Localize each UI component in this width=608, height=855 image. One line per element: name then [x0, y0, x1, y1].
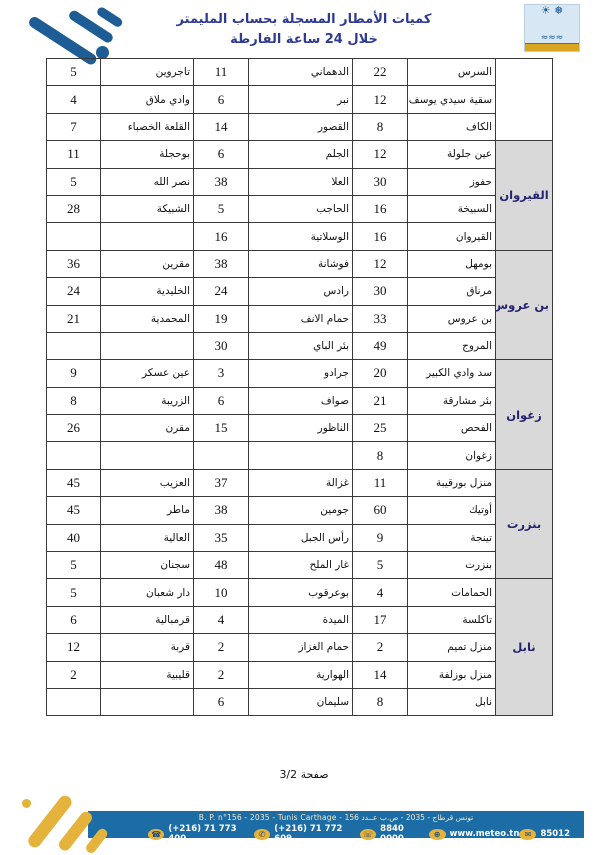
station-name-cell	[101, 332, 194, 359]
station-name-cell: فوشانة	[249, 250, 353, 277]
table-row: تينجة9رأس الجبل35العالية40	[47, 524, 553, 551]
station-name-cell: الناظور	[249, 415, 353, 442]
station-name-cell: الحاجب	[249, 195, 353, 222]
table-row: سقية سيدي يوسف12نبر6وادي ملاق4	[47, 86, 553, 113]
rainfall-value-cell: 16	[353, 223, 408, 250]
rainfall-value-cell: 21	[353, 387, 408, 414]
rainfall-value-cell: 38	[194, 250, 249, 277]
rainfall-value-cell: 9	[47, 360, 101, 387]
governorate-cell: بن عروس	[496, 250, 553, 360]
station-name-cell: قرمبالية	[101, 606, 194, 633]
rainfall-value-cell: 17	[353, 606, 408, 633]
rain-streaks-logo	[18, 2, 133, 60]
station-name-cell: جرادو	[249, 360, 353, 387]
station-name-cell: حمام الانف	[249, 305, 353, 332]
rainfall-value-cell	[47, 442, 101, 469]
rainfall-value-cell: 16	[353, 195, 408, 222]
website-contact[interactable]: ⊕ www.meteo.tn	[429, 829, 520, 840]
rainfall-value-cell: 6	[194, 86, 249, 113]
mobile-icon: ☏	[360, 829, 376, 840]
rainfall-value-cell: 6	[47, 606, 101, 633]
station-name-cell: رأس الجبل	[249, 524, 353, 551]
station-name-cell: عين عسكر	[101, 360, 194, 387]
station-name-cell: حمام الغزاز	[249, 634, 353, 661]
station-name-cell	[249, 442, 353, 469]
table-row: أوتيك60جومين38ماطر45	[47, 497, 553, 524]
rainfall-value-cell: 8	[353, 113, 408, 140]
rainfall-value-cell: 36	[47, 250, 101, 277]
rainfall-value-cell: 4	[353, 579, 408, 606]
rainfall-value-cell: 12	[353, 86, 408, 113]
table-row: حفوز30العلا38نصر الله5	[47, 168, 553, 195]
table-row: الكاف8القصور14القلعة الخصباء7	[47, 113, 553, 140]
table-row: بن عروس33حمام الانف19المحمدية21	[47, 305, 553, 332]
rainfall-value-cell: 24	[47, 278, 101, 305]
rainfall-value-cell: 11	[194, 59, 249, 86]
station-name-cell: سقية سيدي يوسف	[408, 86, 496, 113]
station-name-cell: بئر مشارقة	[408, 387, 496, 414]
rainfall-value-cell: 35	[194, 524, 249, 551]
logo-dot	[22, 799, 31, 808]
rainfall-value-cell: 12	[47, 634, 101, 661]
rainfall-value-cell: 26	[47, 415, 101, 442]
rainfall-value-cell: 10	[194, 579, 249, 606]
rainfall-value-cell: 60	[353, 497, 408, 524]
table-row: الفحص25الناظور15مقرن26	[47, 415, 553, 442]
table-row: السرس22الدهماني11تاجروين5	[47, 59, 553, 86]
rainfall-value-cell: 30	[353, 168, 408, 195]
rainfall-value-cell: 49	[353, 332, 408, 359]
fax-contact: ✆ (+216) 71 772 609	[254, 824, 360, 844]
station-name-cell: منزل تميم	[408, 634, 496, 661]
logo-stripe	[84, 827, 109, 855]
rainfall-value-cell: 28	[47, 195, 101, 222]
station-name-cell: الجلم	[249, 141, 353, 168]
station-name-cell: بن عروس	[408, 305, 496, 332]
rainfall-value-cell: 38	[194, 168, 249, 195]
fax-number: (+216) 71 772 609	[274, 824, 360, 844]
table-row: منزل تميم2حمام الغزاز2قربة12	[47, 634, 553, 661]
rainfall-value-cell: 5	[194, 195, 249, 222]
governorate-cell: زغوان	[496, 360, 553, 470]
station-name-cell	[101, 688, 194, 715]
mobile-number: 8840 0000	[380, 824, 428, 844]
station-name-cell: مقرن	[101, 415, 194, 442]
rainfall-value-cell: 20	[353, 360, 408, 387]
mail-icon: ✉	[519, 829, 536, 840]
rainfall-value-cell	[47, 688, 101, 715]
rainfall-value-cell: 2	[194, 634, 249, 661]
rainfall-value-cell: 11	[47, 141, 101, 168]
rainfall-value-cell: 3	[194, 360, 249, 387]
station-name-cell: قربة	[101, 634, 194, 661]
station-name-cell: الوسلاتية	[249, 223, 353, 250]
station-name-cell: بنزرت	[408, 552, 496, 579]
station-name-cell: العالية	[101, 524, 194, 551]
phone-number: (+216) 71 773 400	[168, 824, 254, 844]
station-name-cell: بومهل	[408, 250, 496, 277]
rainfall-value-cell: 2	[353, 634, 408, 661]
rainfall-value-cell: 8	[353, 688, 408, 715]
table-row: مرناق30رادس24الخليدية24	[47, 278, 553, 305]
rainfall-value-cell: 30	[194, 332, 249, 359]
station-name-cell: القيروان	[408, 223, 496, 250]
table-row: القيروان16الوسلاتية16	[47, 223, 553, 250]
station-name-cell: نبر	[249, 86, 353, 113]
station-name-cell: المحمدية	[101, 305, 194, 332]
table-row: بئر مشارقة21صواف6الزريبة8	[47, 387, 553, 414]
rainfall-value-cell: 6	[194, 141, 249, 168]
station-name-cell: نصر الله	[101, 168, 194, 195]
title-line-1: كميات الأمطار المسجلة بحساب المليمتر	[150, 10, 458, 30]
station-name-cell: دار شعبان	[101, 579, 194, 606]
station-name-cell: الخليدية	[101, 278, 194, 305]
rainfall-value-cell: 2	[194, 661, 249, 688]
fax-icon: ✆	[254, 829, 270, 840]
governorate-cell: القيروان	[496, 141, 553, 251]
station-name-cell: بوعرقوب	[249, 579, 353, 606]
footer-contacts: ☎ (+216) 71 773 400 ✆ (+216) 71 772 609 …	[88, 822, 584, 844]
rainfall-value-cell: 24	[194, 278, 249, 305]
phone-contact: ☎ (+216) 71 773 400	[148, 824, 254, 844]
station-name-cell: بئر الباي	[249, 332, 353, 359]
globe-icon: ⊕	[429, 829, 446, 840]
page-number: صفحة 3/2	[0, 768, 608, 781]
station-name-cell: نابل	[408, 688, 496, 715]
rainfall-value-cell: 45	[47, 497, 101, 524]
governorate-cell: بنزرت	[496, 469, 553, 579]
rainfall-value-cell: 38	[194, 497, 249, 524]
rainfall-value-cell: 6	[194, 688, 249, 715]
station-name-cell: تاجروين	[101, 59, 194, 86]
website-url: www.meteo.tn	[450, 829, 520, 839]
station-name-cell: الحمامات	[408, 579, 496, 606]
station-name-cell: صواف	[249, 387, 353, 414]
table-row: بنزرت5غار الملح48سجنان5	[47, 552, 553, 579]
rainfall-value-cell: 12	[353, 141, 408, 168]
station-name-cell: القلعة الخصباء	[101, 113, 194, 140]
station-name-cell: غزالة	[249, 469, 353, 496]
station-name-cell: غار الملح	[249, 552, 353, 579]
footer-address: B. P. n°156 - 2035 - Tunis Carthage - تو…	[88, 811, 584, 822]
rainfall-value-cell: 7	[47, 113, 101, 140]
table-row: زغوان8	[47, 442, 553, 469]
station-name-cell: الكاف	[408, 113, 496, 140]
station-name-cell: حفوز	[408, 168, 496, 195]
station-name-cell: زغوان	[408, 442, 496, 469]
rainfall-value-cell: 48	[194, 552, 249, 579]
station-name-cell: المروج	[408, 332, 496, 359]
station-name-cell: الدهماني	[249, 59, 353, 86]
station-name-cell: العلا	[249, 168, 353, 195]
rainfall-value-cell: 5	[47, 59, 101, 86]
station-name-cell: منزل بوزلفة	[408, 661, 496, 688]
governorate-cell: نابل	[496, 579, 553, 716]
postal-contact: ✉ 85012	[519, 829, 570, 840]
rainfall-value-cell: 16	[194, 223, 249, 250]
station-name-cell	[101, 223, 194, 250]
rainfall-value-cell: 11	[353, 469, 408, 496]
station-name-cell: السبيخة	[408, 195, 496, 222]
station-name-cell: القصور	[249, 113, 353, 140]
rain-table: السرس22الدهماني11تاجروين5سقية سيدي يوسف1…	[46, 58, 553, 716]
rainfall-value-cell	[47, 223, 101, 250]
table-row: القيروانعين جلولة12الجلم6بوحجلة11	[47, 141, 553, 168]
rainfall-value-cell: 8	[47, 387, 101, 414]
rainfall-value-cell: 14	[194, 113, 249, 140]
station-name-cell: العزيب	[101, 469, 194, 496]
rainfall-value-cell: 5	[47, 168, 101, 195]
rainfall-value-cell: 5	[353, 552, 408, 579]
rainfall-value-cell	[47, 332, 101, 359]
table-row: نابلالحمامات4بوعرقوب10دار شعبان5	[47, 579, 553, 606]
rainfall-table-wrap: السرس22الدهماني11تاجروين5سقية سيدي يوسف1…	[46, 58, 552, 716]
rainfall-value-cell: 19	[194, 305, 249, 332]
table-row: المروج49بئر الباي30	[47, 332, 553, 359]
station-name-cell: بوحجلة	[101, 141, 194, 168]
gold-streaks-logo	[14, 795, 124, 850]
rainfall-value-cell: 12	[353, 250, 408, 277]
phone-icon: ☎	[148, 829, 164, 840]
mobile-contact: ☏ 8840 0000	[360, 824, 429, 844]
station-name-cell: مرناق	[408, 278, 496, 305]
station-name-cell: أوتيك	[408, 497, 496, 524]
station-name-cell: مقرين	[101, 250, 194, 277]
station-name-cell: الفحص	[408, 415, 496, 442]
station-name-cell: وادي ملاق	[101, 86, 194, 113]
table-row: السبيخة16الحاجب5الشبيكة28	[47, 195, 553, 222]
rainfall-value-cell: 30	[353, 278, 408, 305]
rainfall-value-cell: 22	[353, 59, 408, 86]
table-row: بن عروسبومهل12فوشانة38مقرين36	[47, 250, 553, 277]
rainfall-value-cell: 21	[47, 305, 101, 332]
station-name-cell: الميدة	[249, 606, 353, 633]
rainfall-value-cell: 15	[194, 415, 249, 442]
rainfall-value-cell: 14	[353, 661, 408, 688]
rainfall-value-cell	[194, 442, 249, 469]
station-name-cell: الشبيكة	[101, 195, 194, 222]
rainfall-value-cell: 37	[194, 469, 249, 496]
postal-code: 85012	[540, 829, 570, 839]
table-row: بنزرتمنزل بورقيبة11غزالة37العزيب45	[47, 469, 553, 496]
station-name-cell: سد وادي الكبير	[408, 360, 496, 387]
station-name-cell: عين جلولة	[408, 141, 496, 168]
gold-band	[525, 43, 579, 51]
page-title: كميات الأمطار المسجلة بحساب المليمتر خلا…	[150, 10, 458, 50]
station-name-cell: سجنان	[101, 552, 194, 579]
rain-table-body: السرس22الدهماني11تاجروين5سقية سيدي يوسف1…	[47, 59, 553, 716]
station-name-cell: الزريبة	[101, 387, 194, 414]
rainfall-value-cell: 5	[47, 552, 101, 579]
station-name-cell: منزل بورقيبة	[408, 469, 496, 496]
station-name-cell: قليبية	[101, 661, 194, 688]
rainfall-value-cell: 4	[47, 86, 101, 113]
table-row: نابل8سليمان6	[47, 688, 553, 715]
governorate-cell-empty	[496, 59, 553, 141]
rainfall-value-cell: 40	[47, 524, 101, 551]
rainfall-value-cell: 4	[194, 606, 249, 633]
station-name-cell	[101, 442, 194, 469]
title-line-2: خلال 24 ساعة الفارطة	[150, 30, 458, 50]
rainfall-value-cell: 8	[353, 442, 408, 469]
rainfall-value-cell: 45	[47, 469, 101, 496]
station-name-cell: سليمان	[249, 688, 353, 715]
rainfall-value-cell: 33	[353, 305, 408, 332]
inm-logo: ☀ ❅ ≈≈≈	[524, 4, 580, 52]
station-name-cell: السرس	[408, 59, 496, 86]
footer-bar: B. P. n°156 - 2035 - Tunis Carthage - تو…	[88, 811, 584, 838]
rainfall-value-cell: 6	[194, 387, 249, 414]
rainfall-value-cell: 5	[47, 579, 101, 606]
table-row: تاكلسة17الميدة4قرمبالية6	[47, 606, 553, 633]
station-name-cell: رادس	[249, 278, 353, 305]
station-name-cell: تينجة	[408, 524, 496, 551]
rainfall-value-cell: 9	[353, 524, 408, 551]
rainfall-value-cell: 25	[353, 415, 408, 442]
logo-stripe	[96, 6, 124, 29]
table-row: زغوانسد وادي الكبير20جرادو3عين عسكر9	[47, 360, 553, 387]
station-name-cell: جومين	[249, 497, 353, 524]
table-row: منزل بوزلفة14الهوارية2قليبية2	[47, 661, 553, 688]
station-name-cell: الهوارية	[249, 661, 353, 688]
station-name-cell: ماطر	[101, 497, 194, 524]
waves-icon: ≈≈≈	[525, 34, 579, 43]
station-name-cell: تاكلسة	[408, 606, 496, 633]
rainfall-value-cell: 2	[47, 661, 101, 688]
